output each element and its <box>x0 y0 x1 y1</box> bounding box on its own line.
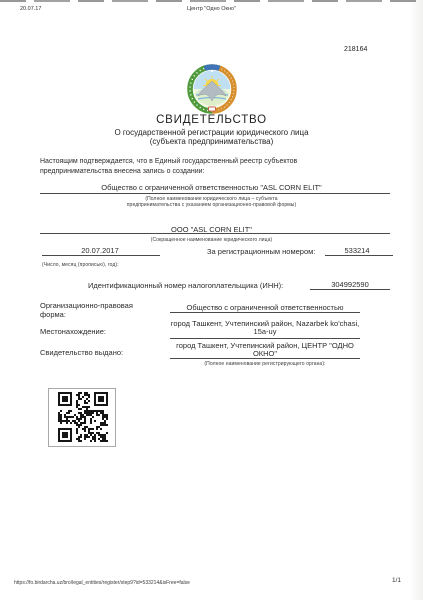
full-name-underline <box>40 193 390 194</box>
footer-page-number: 1/1 <box>392 577 401 584</box>
issued-by-underline <box>170 358 360 359</box>
certificate-page: 20.07.17 Центр "Одно Окно" 218164 <box>0 0 423 600</box>
legal-form-label: Организационно-правовая форма: <box>40 301 133 319</box>
registration-number: 533214 <box>322 246 392 255</box>
legal-form-label-line-2: форма: <box>40 310 133 319</box>
uzbekistan-emblem-icon <box>185 64 239 114</box>
registration-number-underline <box>325 255 393 256</box>
registration-qr-code-icon <box>58 392 108 442</box>
document-number: 218164 <box>344 46 367 53</box>
full-name-caption-2: предпринимательства с указанием организа… <box>0 202 423 208</box>
registration-date-underline <box>42 255 160 256</box>
scan-artifact <box>0 0 423 2</box>
location-value: город Ташкент, Учтепинский район, Nazarb… <box>167 320 363 336</box>
short-name-caption: (Сокращенное наименование юридического л… <box>0 237 423 243</box>
certificate-subtitle-1: О государственной регистрации юридическо… <box>0 128 423 137</box>
location-value-line-2: 15a-uy <box>167 328 363 336</box>
inn-underline <box>310 289 390 290</box>
print-header-title: Центр "Одно Окно" <box>0 6 423 12</box>
intro-line-1: Настоящим подтверждается, что в Единый г… <box>40 157 400 167</box>
legal-form-underline <box>170 312 360 313</box>
registration-date-caption: (Число, месяц (прописью), год): <box>42 262 119 268</box>
issued-by-label: Свидетельство выдано: <box>40 348 123 357</box>
certificate-title: СВИДЕТЕЛЬСТВО <box>0 114 423 126</box>
legal-form-value: Общество с ограниченной ответственностью <box>167 303 363 312</box>
intro-line-2: предпринимательства внесена запись о соз… <box>40 167 400 177</box>
full-legal-name: Общество с ограниченной ответственностью… <box>0 183 423 192</box>
issued-by-value: город Ташкент, Учтепинский район, ЦЕНТР … <box>167 342 363 358</box>
issued-by-caption: (Полное наименование регистрирующего орг… <box>167 361 363 367</box>
short-name-underline <box>40 233 390 234</box>
legal-form-label-line-1: Организационно-правовая <box>40 301 133 310</box>
page-edge-shading <box>409 0 423 600</box>
location-underline <box>170 338 360 339</box>
intro-paragraph: Настоящим подтверждается, что в Единый г… <box>40 157 400 177</box>
footer-url: https://fo.birdarcha.uz/bro/legal_entiti… <box>14 580 190 586</box>
inn-value: 304992590 <box>312 280 388 289</box>
registration-number-label: За регистрационным номером: <box>207 247 315 256</box>
issued-by-value-line-2: ОКНО" <box>167 350 363 358</box>
certificate-subtitle-2: (субъекта предпринимательства) <box>0 137 423 146</box>
registration-date: 20.07.2017 <box>40 246 160 255</box>
location-label: Местонахождение: <box>40 327 106 336</box>
inn-label: Идентификационный номер налогоплательщик… <box>88 281 283 290</box>
